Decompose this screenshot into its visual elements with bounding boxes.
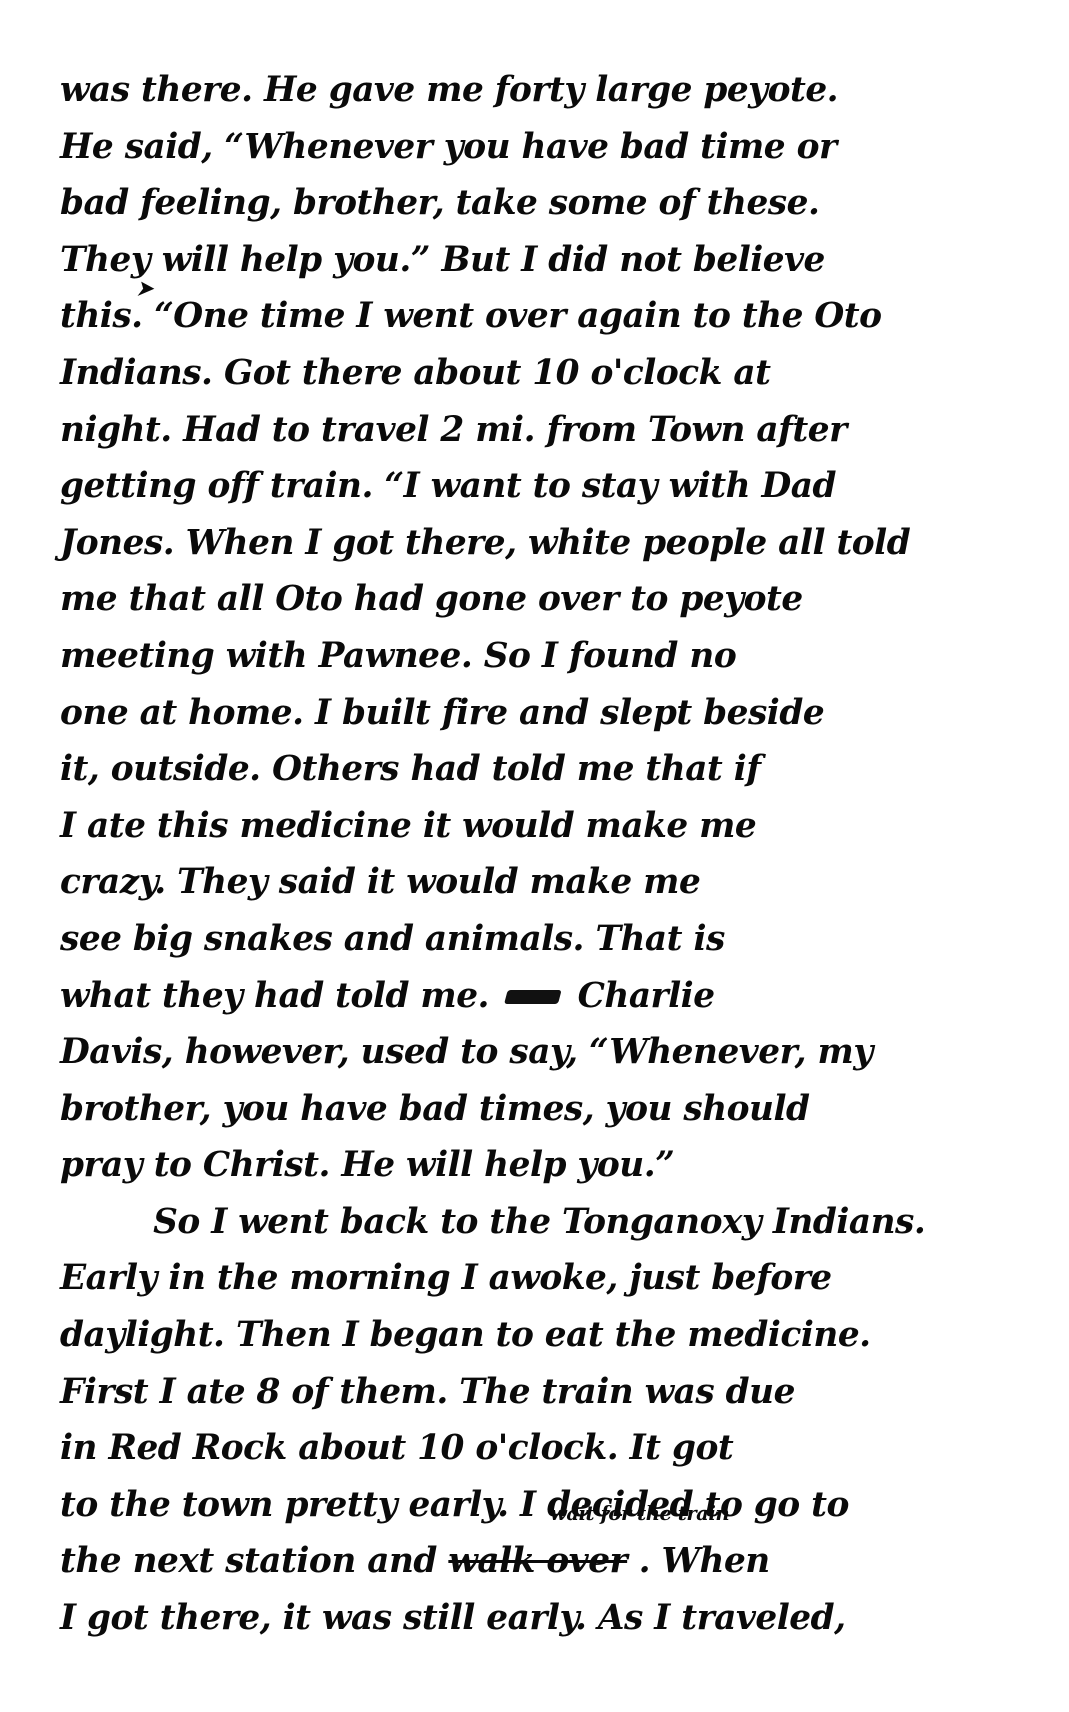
text-line: Early in the morning I awoke, just befor… [60, 1250, 1020, 1307]
line-text: this. “One time I went over again to the… [60, 295, 882, 336]
text-line: I ate this medicine it would make me [60, 798, 1020, 855]
text-line: crazy. They said it would make me [60, 854, 1020, 911]
text-line: bad feeling, brother, take some of these… [60, 175, 1020, 232]
text-line: He said, “Whenever you have bad time or [60, 119, 1020, 176]
text-line: brother, you have bad times, you should [60, 1081, 1020, 1138]
text-line: me that all Oto had gone over to peyote [60, 571, 1020, 628]
line-text: the next station and [60, 1540, 437, 1581]
text-line: They will help you.” But I did not belie… [60, 232, 1020, 289]
handwritten-text-block: was there. He gave me forty large peyote… [60, 62, 1040, 1647]
text-line: I got there, it was still early. As I tr… [60, 1590, 1020, 1647]
text-line: pray to Christ. He will help you.” [60, 1137, 1020, 1194]
text-line: in Red Rock about 10 o'clock. It got [60, 1420, 1020, 1477]
crossed-out-word [504, 990, 562, 1004]
line-text: what they had told me. [60, 975, 489, 1016]
manuscript-page: was there. He gave me forty large peyote… [0, 0, 1069, 1712]
line-text: Charlie [578, 975, 715, 1016]
text-line: ➤ this. “One time I went over again to t… [60, 288, 1020, 345]
text-line: meeting with Pawnee. So I found no [60, 628, 1020, 685]
paragraph-insert-mark-icon: ➤ [136, 278, 152, 298]
text-line: it, outside. Others had told me that if [60, 741, 1020, 798]
text-line: Davis, however, used to say, “Whenever, … [60, 1024, 1020, 1081]
struck-text: walk over [448, 1540, 627, 1581]
text-line-indented: So I went back to the Tonganoxy Indians. [60, 1194, 1020, 1251]
text-line: one at home. I built fire and slept besi… [60, 685, 1020, 742]
text-line: wait for the train the next station and … [60, 1533, 1020, 1590]
interlinear-insertion: wait for the train [550, 1503, 729, 1523]
text-line: night. Had to travel 2 mi. from Town aft… [60, 402, 1020, 459]
text-line: Indians. Got there about 10 o'clock at [60, 345, 1020, 402]
text-line: First I ate 8 of them. The train was due [60, 1364, 1020, 1421]
text-line: Jones. When I got there, white people al… [60, 515, 1020, 572]
text-line: see big snakes and animals. That is [60, 911, 1020, 968]
text-line: what they had told me. Charlie [60, 968, 1020, 1025]
text-line: to the town pretty early. I decided to g… [60, 1477, 1020, 1534]
line-text: . When [639, 1540, 770, 1581]
text-line: getting off train. “I want to stay with … [60, 458, 1020, 515]
text-line: was there. He gave me forty large peyote… [60, 62, 1020, 119]
text-line: daylight. Then I began to eat the medici… [60, 1307, 1020, 1364]
